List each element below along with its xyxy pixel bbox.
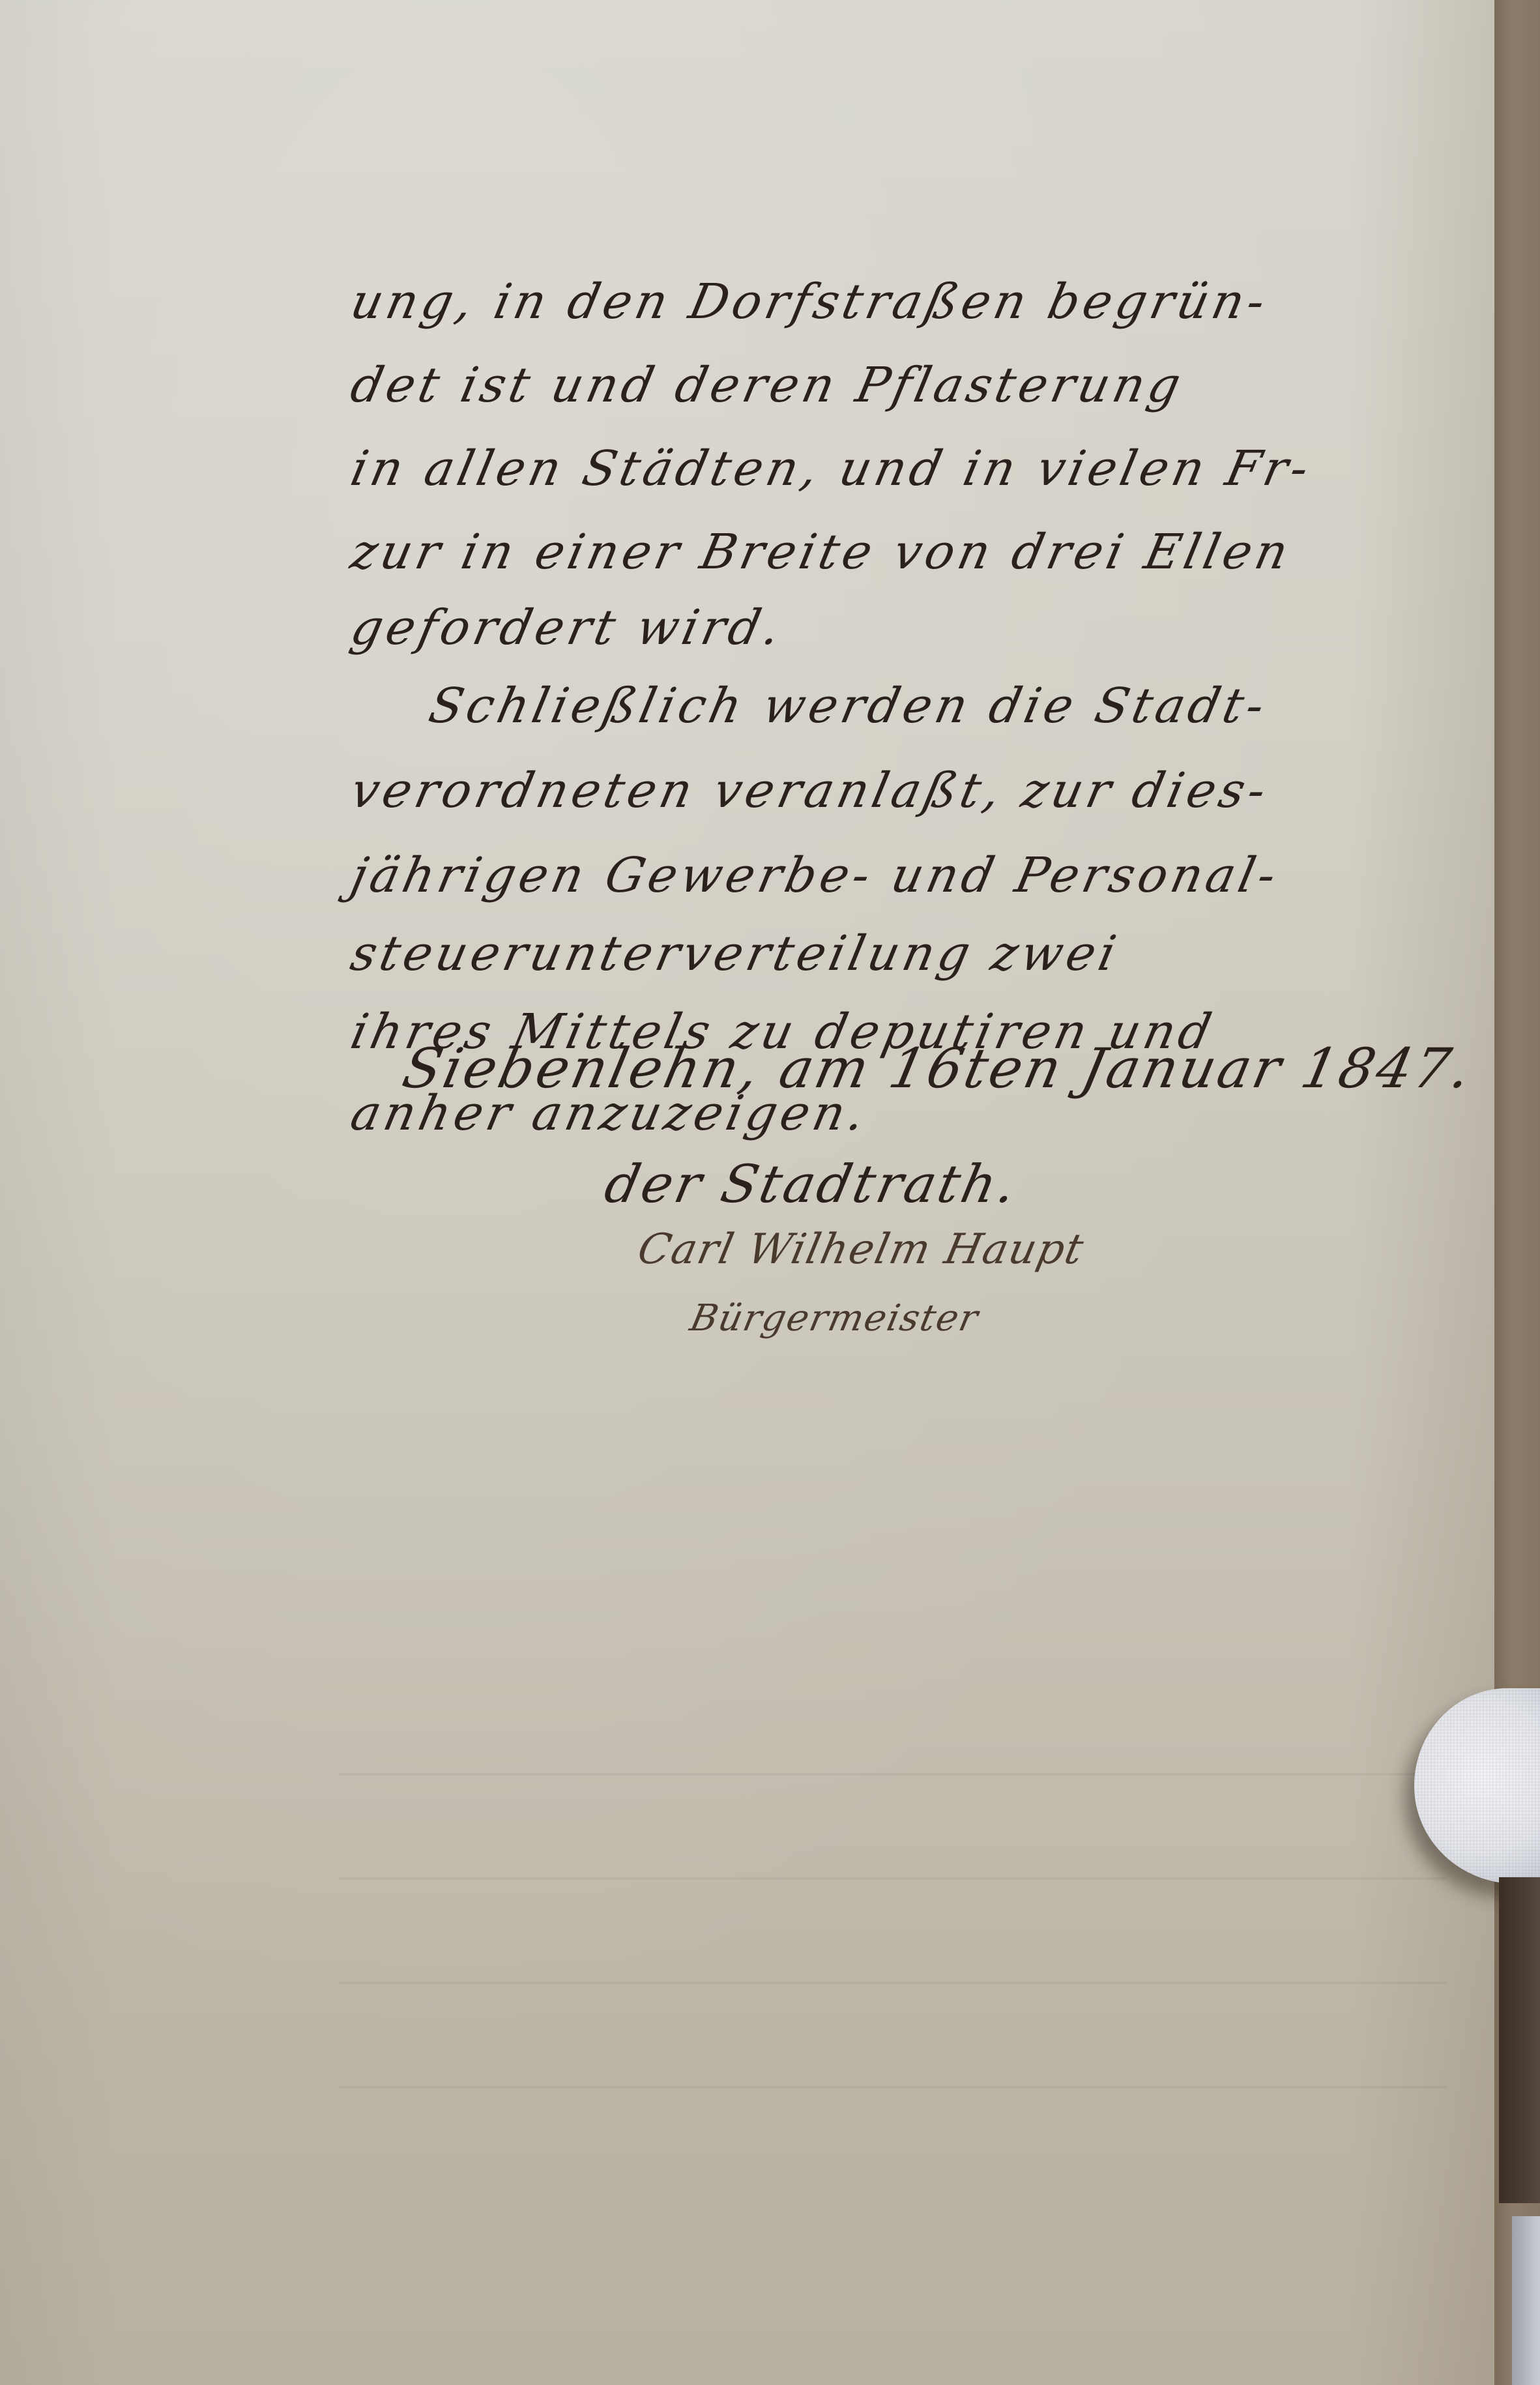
- signature-title: Bürgermeister: [686, 1297, 983, 1339]
- body-line-5: gefordert wird.: [346, 600, 789, 656]
- glove-cuff: [1512, 2216, 1540, 2385]
- body-line-8: jährigen Gewerbe- und Personal-: [346, 847, 1285, 903]
- body-line-4: zur in einer Breite von drei Ellen: [346, 524, 1297, 580]
- body-line-1: ung, in den Dorfstraßen begrün-: [346, 274, 1274, 330]
- body-line-3: in allen Städten, und in vielen Fr-: [346, 441, 1317, 497]
- council-line: der Stadtrath.: [600, 1154, 1024, 1214]
- glove-shadow: [1499, 1877, 1540, 2203]
- show-through-ink: [339, 1708, 1447, 2164]
- body-line-7: verordneten veranlaßt, zur dies-: [346, 763, 1275, 819]
- body-line-2: det ist und deren Pflasterung: [346, 357, 1189, 413]
- body-line-9: steuerunterverteilung zwei: [346, 926, 1125, 982]
- body-line-6: Schließlich werden die Stadt-: [424, 678, 1273, 734]
- signature-name: Carl Wilhelm Haupt: [633, 1225, 1088, 1274]
- place-date-line: Siebenlehn, am 16ten Januar 1847.: [398, 1036, 1479, 1100]
